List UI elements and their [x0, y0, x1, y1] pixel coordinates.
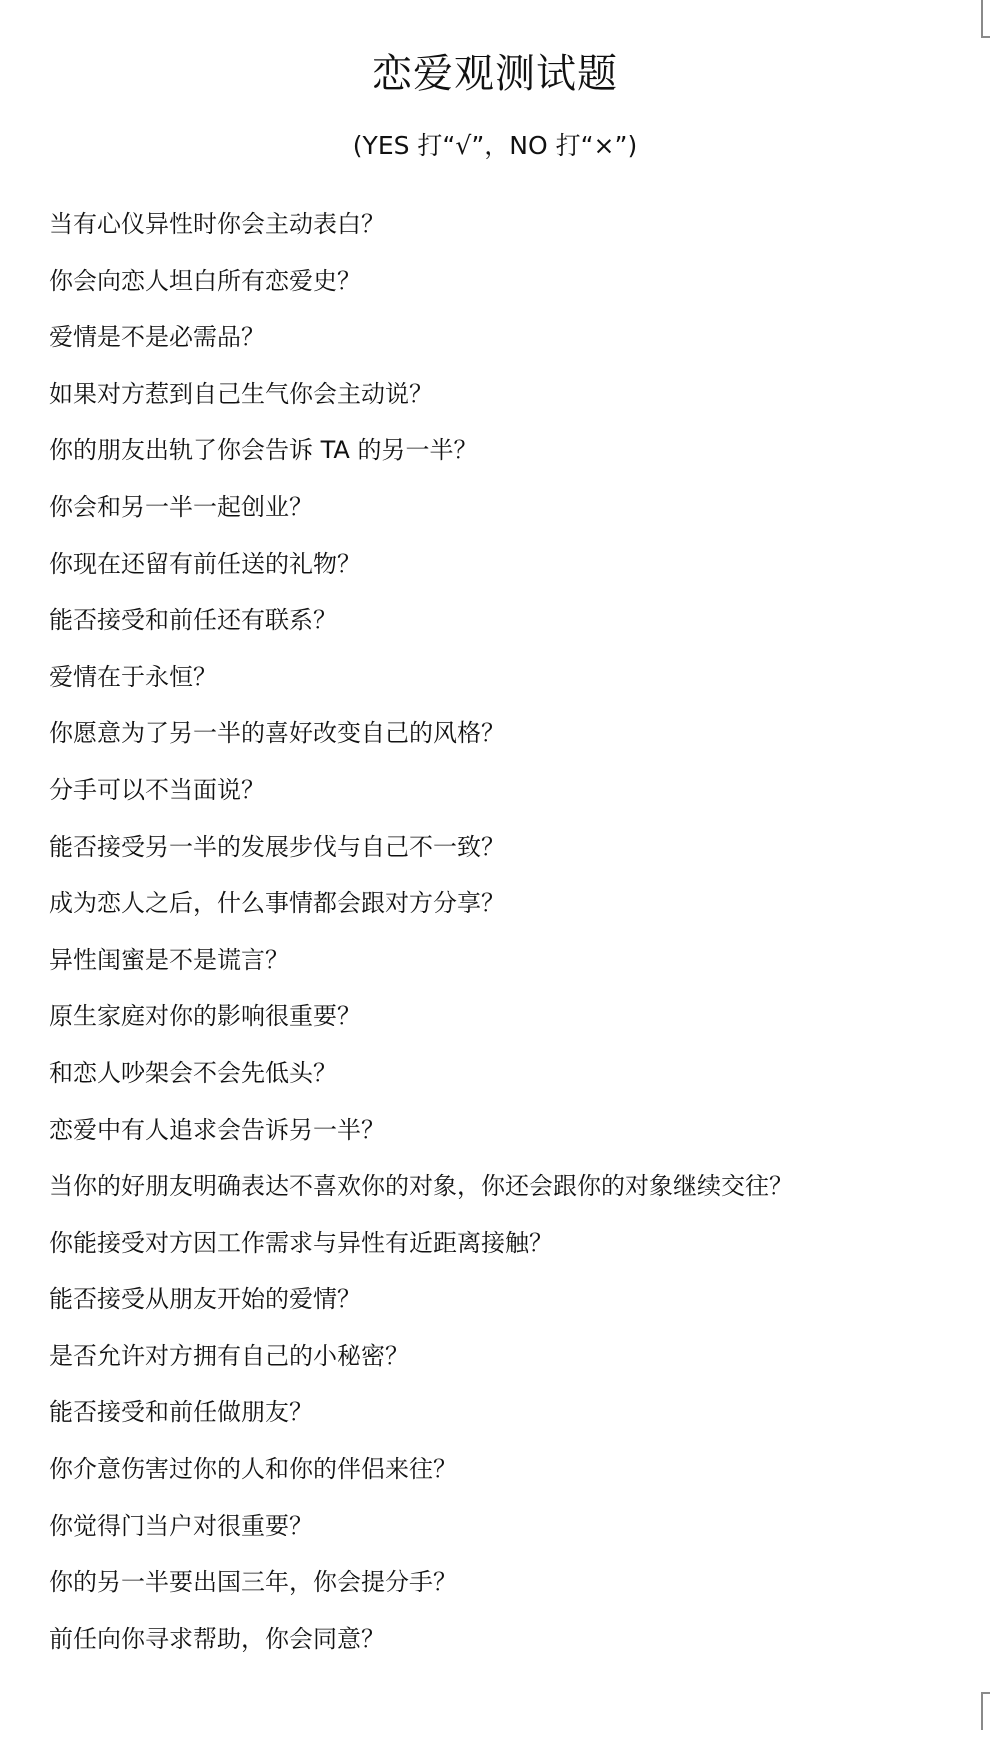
question-item: 恋爱中有人追求会告诉另一半？	[49, 1102, 793, 1159]
question-item: 你能接受对方因工作需求与异性有近距离接触？	[49, 1215, 793, 1272]
question-item: 你愿意为了另一半的喜好改变自己的风格？	[49, 705, 793, 762]
question-item: 你现在还留有前任送的礼物？	[49, 536, 793, 593]
question-item: 你会向恋人坦白所有恋爱史？	[49, 253, 793, 310]
question-item: 能否接受和前任做朋友？	[49, 1384, 793, 1441]
question-item: 爱情是不是必需品？	[49, 309, 793, 366]
question-item: 爱情在于永恒？	[49, 649, 793, 706]
question-item: 你的朋友出轨了你会告诉 TA 的另一半？	[49, 422, 793, 479]
question-item: 你介意伤害过你的人和你的伴侣来往？	[49, 1441, 793, 1498]
question-item: 你会和另一半一起创业？	[49, 479, 793, 536]
question-list: 当有心仪异性时你会主动表白？ 你会向恋人坦白所有恋爱史？ 爱情是不是必需品？ 如…	[49, 196, 793, 1667]
question-item: 成为恋人之后，什么事情都会跟对方分享？	[49, 875, 793, 932]
question-item: 你觉得门当户对很重要？	[49, 1498, 793, 1555]
question-item: 前任向你寻求帮助，你会同意？	[49, 1611, 793, 1668]
question-item: 和恋人吵架会不会先低头？	[49, 1045, 793, 1102]
question-item: 能否接受从朋友开始的爱情？	[49, 1271, 793, 1328]
question-item: 是否允许对方拥有自己的小秘密？	[49, 1328, 793, 1385]
question-item: 分手可以不当面说？	[49, 762, 793, 819]
question-item: 如果对方惹到自己生气你会主动说？	[49, 366, 793, 423]
page-title: 恋爱观测试题	[0, 46, 990, 102]
question-item: 异性闺蜜是不是谎言？	[49, 932, 793, 989]
page-corner-mark-bottom	[981, 1692, 990, 1730]
question-item: 原生家庭对你的影响很重要？	[49, 988, 793, 1045]
question-item: 当有心仪异性时你会主动表白？	[49, 196, 793, 253]
document-page: 恋爱观测试题 (YES 打“√”，NO 打“×”) 当有心仪异性时你会主动表白？…	[0, 0, 990, 1763]
page-corner-mark-top	[981, 0, 990, 38]
instructions-subtitle: (YES 打“√”，NO 打“×”)	[0, 128, 990, 164]
question-item: 能否接受另一半的发展步伐与自己不一致？	[49, 819, 793, 876]
question-item: 当你的好朋友明确表达不喜欢你的对象，你还会跟你的对象继续交往？	[49, 1158, 793, 1215]
question-item: 能否接受和前任还有联系？	[49, 592, 793, 649]
question-item: 你的另一半要出国三年，你会提分手？	[49, 1554, 793, 1611]
